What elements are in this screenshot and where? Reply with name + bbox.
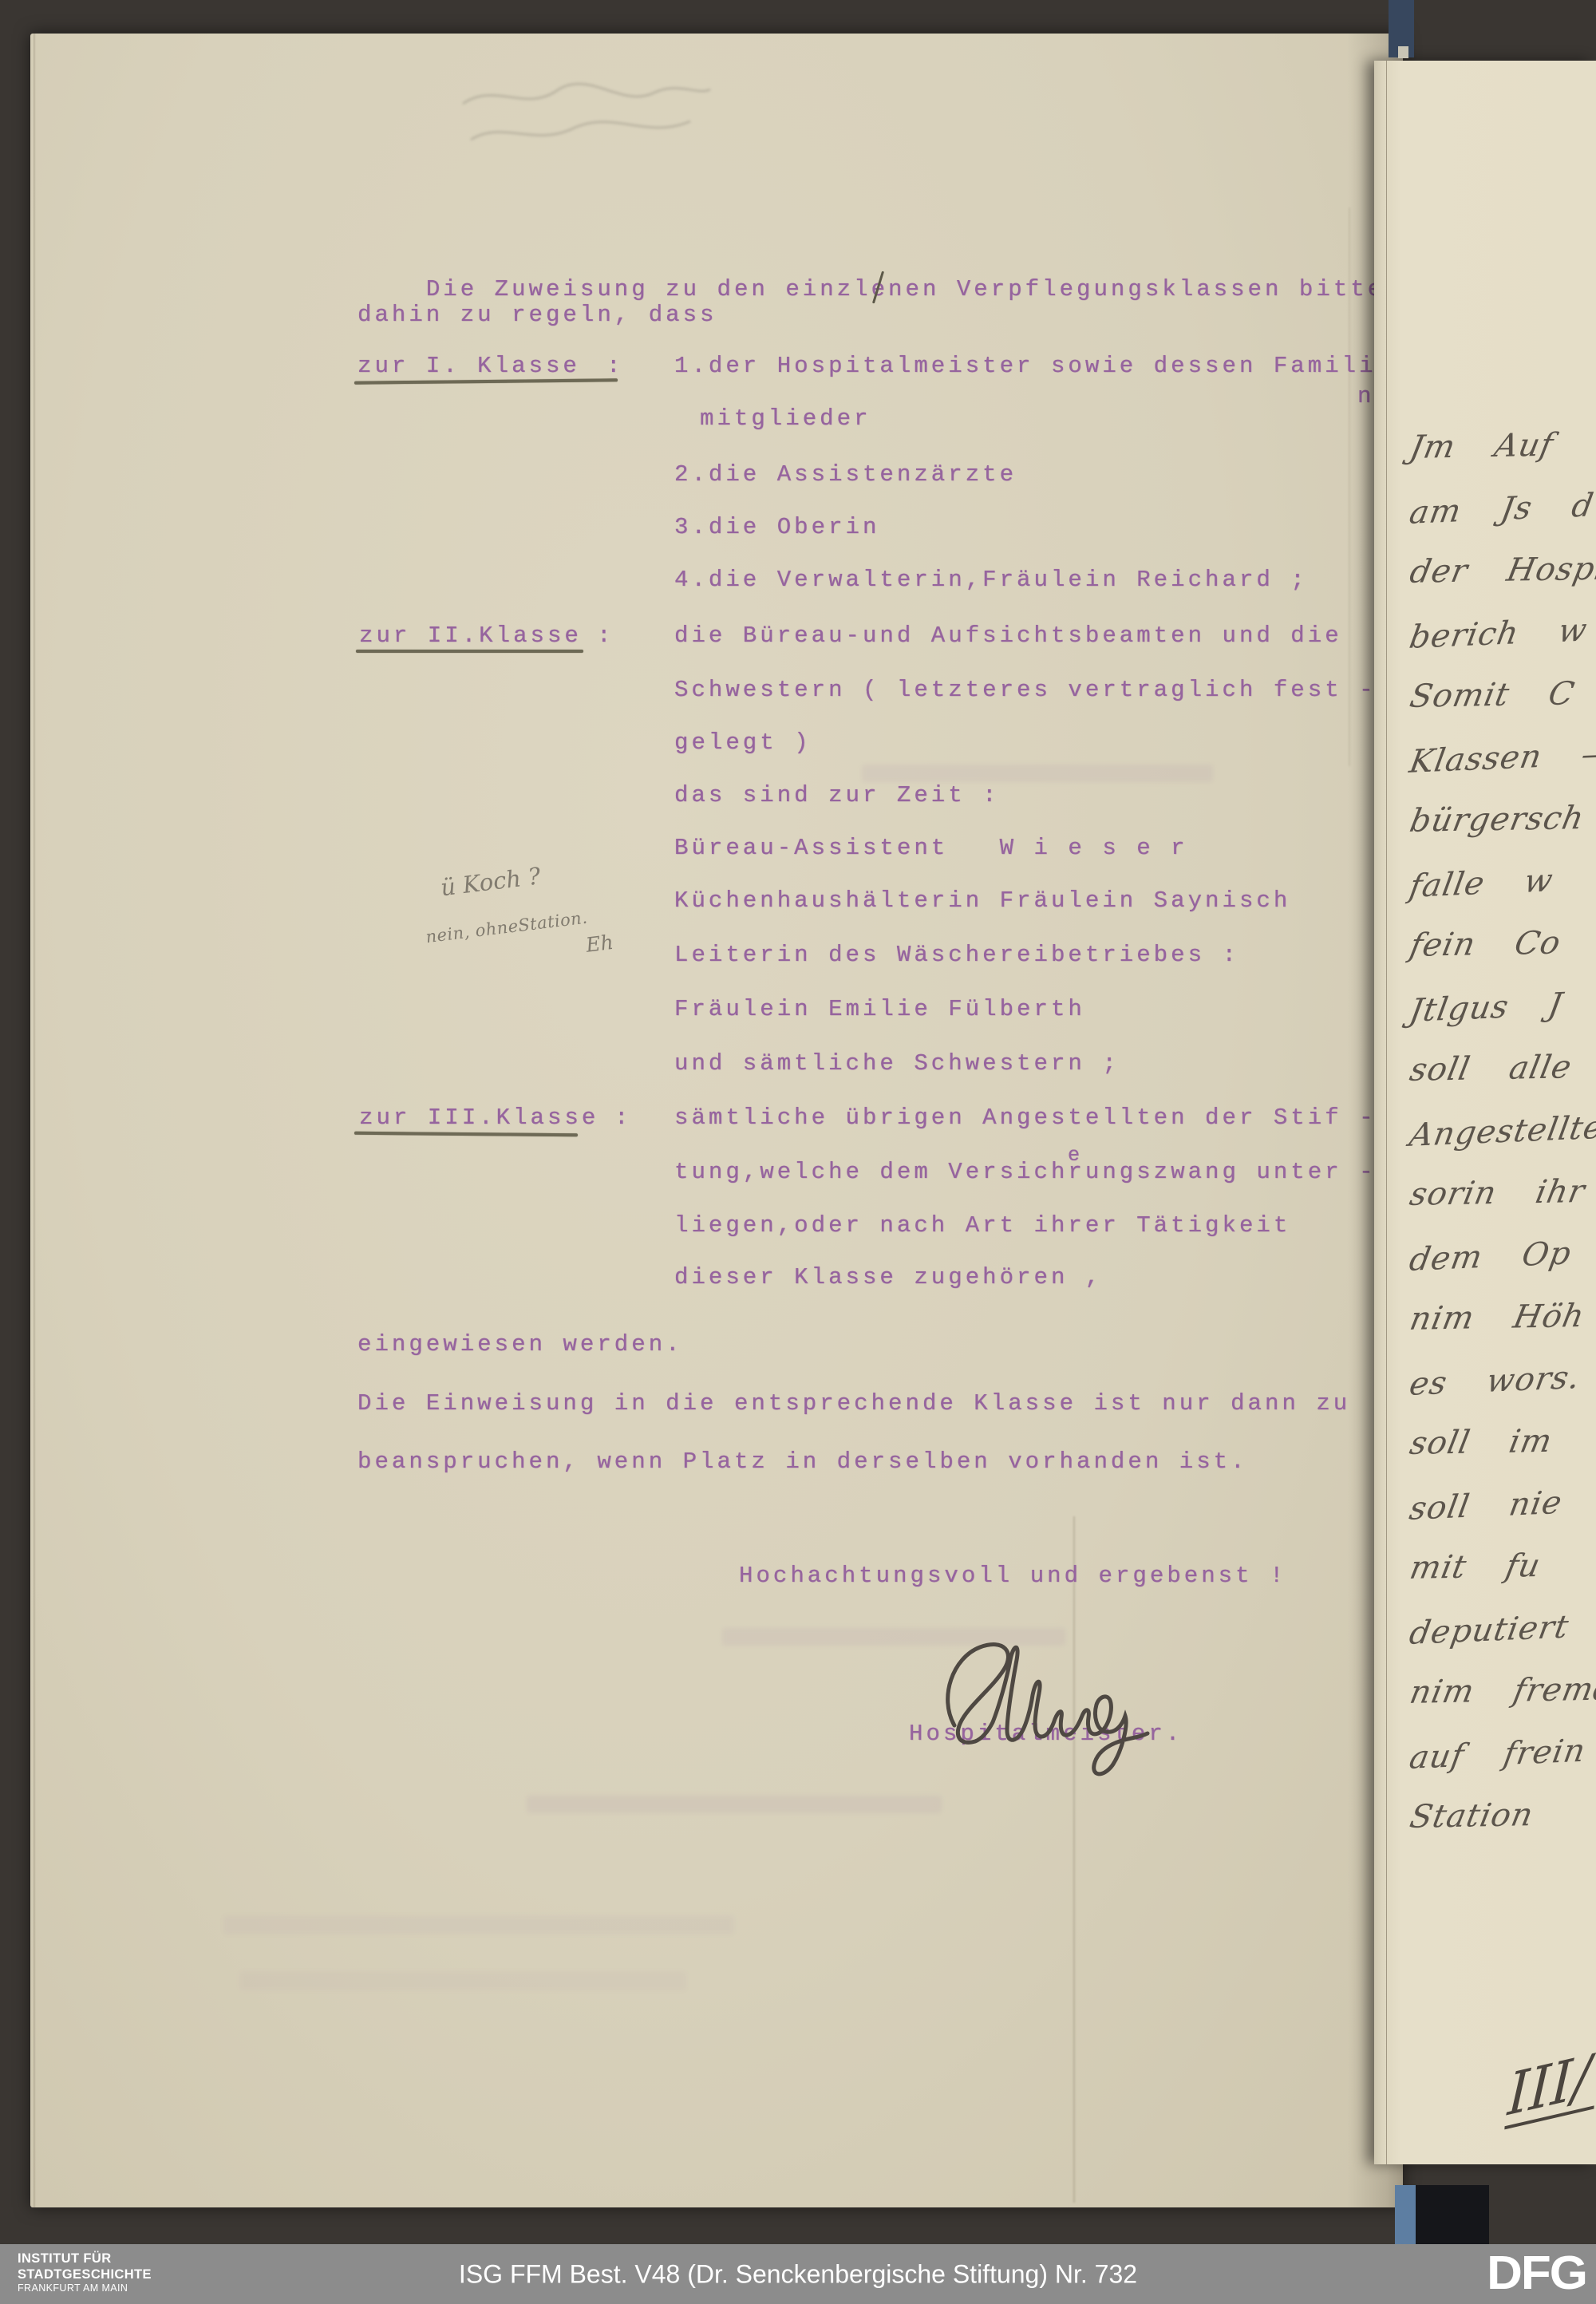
- typed-line: 3.die Oberin: [674, 514, 879, 541]
- institute-name-line: STADTGESCHICHTE: [18, 2268, 152, 2282]
- facing-page-edge: Jm Auf am Js d der Hospit berich w Somit…: [1374, 61, 1596, 2164]
- typed-line: 4.die Verwalterin,Fräulein Reichard ;: [674, 567, 1308, 594]
- dfg-logo: DFG: [1487, 2246, 1586, 2299]
- handwriting-line: nim fremd: [1407, 1670, 1596, 1711]
- bleedthrough-smudge: [239, 1971, 686, 1990]
- typed-line: dieser Klasse zugehören ,: [674, 1264, 1102, 1291]
- handwriting-line: Jm Auf: [1407, 425, 1596, 466]
- paper-crease: [1349, 207, 1350, 766]
- handwriting-line: Somit C: [1407, 674, 1596, 715]
- pencil-note-line: ü Koch ?: [439, 862, 542, 901]
- typed-line: Schwestern ( letzteres vertraglich fest …: [674, 677, 1377, 704]
- paper-speck: [1398, 46, 1408, 58]
- typed-line: mitglieder: [700, 405, 871, 433]
- typed-line: tung,welche dem Versichrungszwang unter …: [674, 1159, 1377, 1186]
- handwriting-line: nim Höh: [1407, 1296, 1596, 1338]
- typed-superscript-correction: e: [1068, 1142, 1080, 1169]
- institute-name-line: INSTITUT FÜR: [18, 2252, 152, 2266]
- typed-line: beanspruchen, wenn Platz in derselben vo…: [358, 1448, 1248, 1476]
- typed-line: Fräulein Emilie Fülberth: [674, 996, 1085, 1023]
- typed-line: Leiterin des Wäschereibetriebes :: [674, 942, 1239, 969]
- bleedthrough-smudge: [862, 765, 1213, 782]
- handwriting-line: dem Op: [1407, 1231, 1596, 1278]
- handwriting-line: mit fu: [1407, 1545, 1596, 1587]
- typed-line: 1.der Hospitalmeister sowie dessen Famil…: [674, 353, 1393, 380]
- handwriting-line: der Hospit: [1407, 549, 1596, 591]
- pencil-margin-note: ü Koch ? nein, ohneStation. Eh: [418, 848, 671, 1003]
- typed-line: das sind zur Zeit :: [674, 782, 1000, 809]
- pencil-note-line: nein, ohneStation.: [425, 908, 588, 947]
- typed-colon: :: [597, 622, 614, 650]
- binding-ribbon-bottom: [1395, 2185, 1416, 2244]
- typed-colon: :: [606, 353, 623, 380]
- typed-line: eingewiesen werden.: [358, 1331, 683, 1358]
- typed-line: sämtliche übrigen Angestellten der Stif …: [674, 1105, 1377, 1132]
- handwriting-line: falle w: [1407, 857, 1596, 905]
- valediction: Hochachtungsvoll und ergebenst !: [739, 1563, 1287, 1590]
- typed-line-part: Die Zuweisung zu den einzl: [426, 276, 871, 302]
- handwriting-line: Angestellten: [1407, 1106, 1596, 1154]
- class1-label: zur I. Klasse: [358, 353, 580, 380]
- scanned-letter-page: Die Zuweisung zu den einzlenen Verpflegu…: [30, 34, 1403, 2207]
- handwriting-line: es wors.: [1407, 1355, 1596, 1403]
- book-cover-corner: [1416, 2185, 1489, 2244]
- ghost-writing: [459, 72, 714, 160]
- signature-ehling: [930, 1630, 1170, 1781]
- handwriting-line: fein Co: [1407, 923, 1596, 964]
- handwriting-line: deputiert: [1407, 1604, 1596, 1652]
- typed-line: die Büreau-und Aufsichtsbeamten und die: [674, 622, 1342, 650]
- handwriting-line: soll im: [1407, 1421, 1596, 1462]
- handwriting-line: Station: [1407, 1794, 1596, 1836]
- typed-line: 2.die Assistenzärzte: [674, 461, 1017, 488]
- page-number-mark: III/: [1504, 2045, 1596, 2130]
- typed-line: gelegt ): [674, 729, 812, 757]
- class2-label: zur II.Klasse: [359, 622, 582, 650]
- paper-crease: [1073, 1516, 1075, 2203]
- handwriting-line: soll nie: [1407, 1480, 1596, 1527]
- handwriting-line: Jtlgus J: [1407, 982, 1596, 1029]
- class3-label: zur III.Klasse: [359, 1105, 598, 1132]
- typed-line: Küchenhaushälterin Fräulein Saynisch: [674, 887, 1290, 915]
- pencil-note-line: Eh: [585, 931, 615, 957]
- typed-line: liegen,oder nach Art ihrer Tätigkeit: [674, 1212, 1290, 1239]
- ink-underline: [354, 1132, 578, 1136]
- handwriting-line: auf frein: [1407, 1729, 1596, 1776]
- bleedthrough-smudge: [223, 1915, 734, 1934]
- typed-colon: :: [614, 1105, 631, 1132]
- institute-name-line: FRANKFURT AM MAIN: [18, 2283, 152, 2294]
- handwriting-line: am Js d: [1407, 484, 1596, 532]
- typed-line: Büreau-Assistent W i e s e r: [674, 835, 1188, 862]
- institute-logo: INSTITUT FÜR STADTGESCHICHTE FRANKFURT A…: [18, 2252, 152, 2294]
- bleedthrough-smudge: [527, 1796, 942, 1813]
- typed-line: Die Einweisung in die entsprechende Klas…: [358, 1390, 1350, 1417]
- typed-line: und sämtliche Schwestern ;: [674, 1050, 1120, 1077]
- handwriting-line: Klassen —: [1407, 733, 1596, 781]
- ink-underline: [356, 650, 583, 653]
- handwriting-line: soll alle: [1407, 1047, 1596, 1089]
- archive-footer-bar: INSTITUT FÜR STADTGESCHICHTE FRANKFURT A…: [0, 2244, 1596, 2304]
- archive-reference: ISG FFM Best. V48 (Dr. Senckenbergische …: [459, 2259, 1137, 2289]
- typed-line: dahin zu regeln, dass: [358, 302, 717, 329]
- handwriting-line: bürgersch: [1407, 798, 1596, 840]
- handwriting-line: berich w: [1407, 608, 1596, 656]
- handwriting-line: sorin ihr: [1407, 1172, 1596, 1213]
